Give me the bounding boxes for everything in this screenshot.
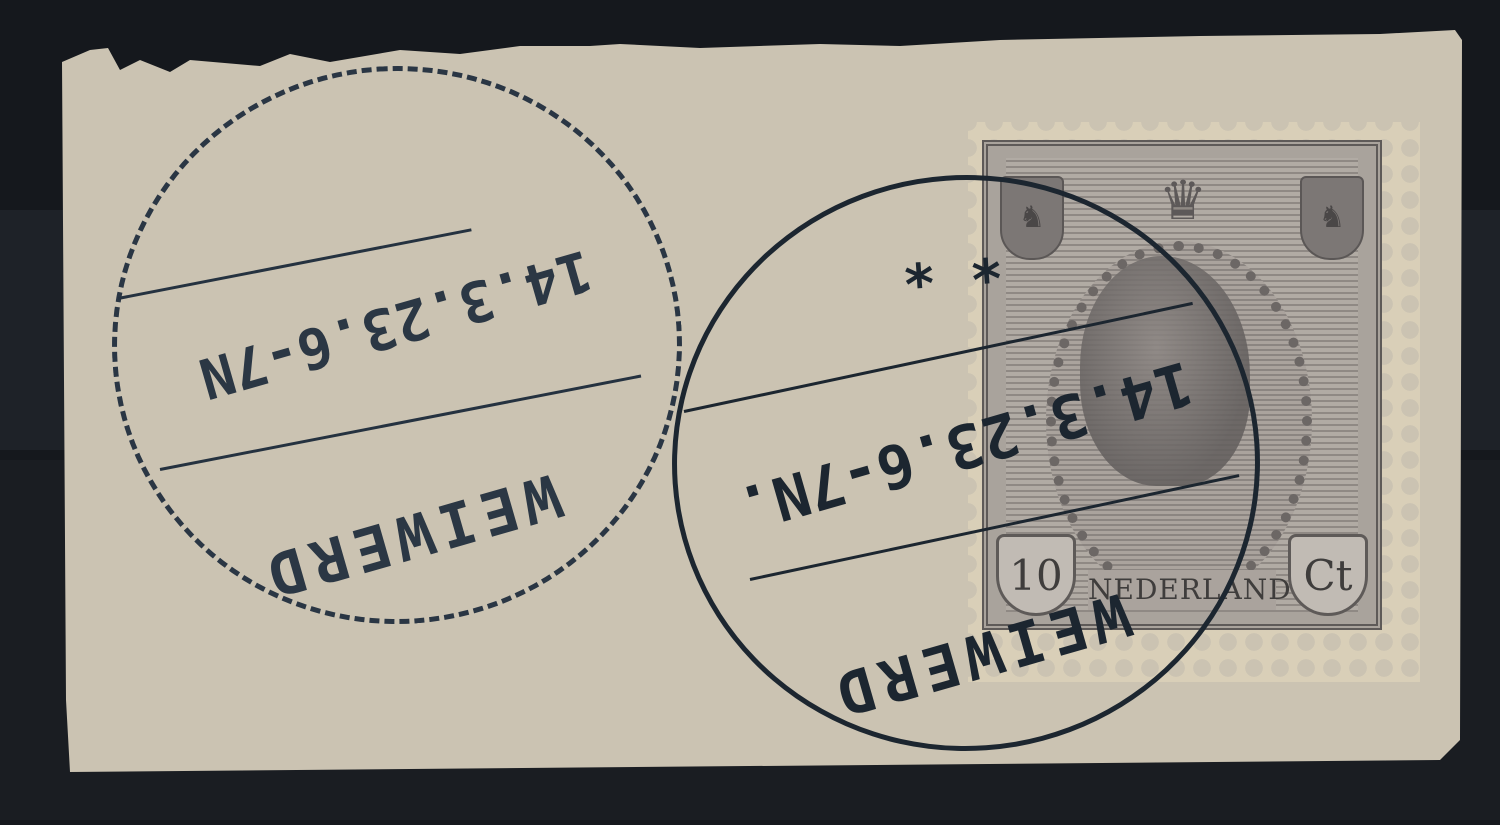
postmark-date: 14.3.23.6-7N. <box>677 332 1252 559</box>
coat-of-arms-icon: ♞ <box>1300 176 1364 260</box>
crown-icon: ♛ <box>1138 168 1228 233</box>
stamp-unit: Ct <box>1288 534 1368 616</box>
postmark-date: 14.3.23.6-7N <box>117 215 673 432</box>
